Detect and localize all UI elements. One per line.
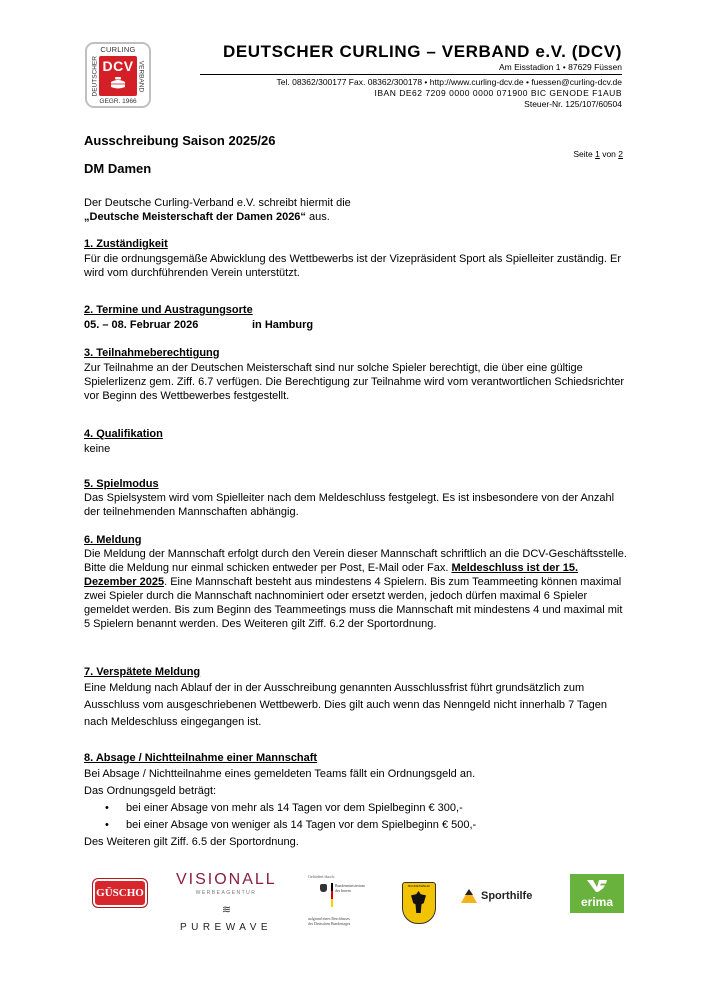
withdrawal-line-2: Das Ordnungsgeld beträgt: bbox=[84, 783, 629, 800]
intro-line-1: Der Deutsche Curling-Verband e.V. schrei… bbox=[84, 196, 629, 210]
logo-left-text: DEUTSCHER bbox=[92, 57, 99, 97]
document-subtitle: DM Damen bbox=[84, 161, 151, 176]
section-text: Das Spielsystem wird vom Spielleiter nac… bbox=[84, 491, 629, 519]
section-registration: 6. Meldung Die Meldung der Mannschaft er… bbox=[84, 533, 629, 631]
withdrawal-closing: Des Weiteren gilt Ziff. 6.5 der Sportord… bbox=[84, 834, 629, 851]
sponsor-bmi-logo: Gefördert durch: Bundesministeriumdes In… bbox=[308, 874, 378, 934]
wave-icon: ≋ bbox=[176, 905, 276, 916]
bmi-ministry-line-2: des Innern bbox=[335, 889, 365, 894]
document-title: Ausschreibung Saison 2025/26 bbox=[84, 133, 275, 148]
section-heading: 3. Teilnahmeberechtigung bbox=[84, 346, 629, 361]
section-text: Zur Teilnahme an der Deutschen Meistersc… bbox=[84, 361, 629, 403]
section-heading: 6. Meldung bbox=[84, 533, 629, 547]
section-text: Die Meldung der Mannschaft erfolgt durch… bbox=[84, 547, 629, 631]
sponsor-guscho-logo: GÜSCHO bbox=[92, 878, 148, 908]
fee-item: bei einer Absage von mehr als 14 Tagen v… bbox=[84, 800, 629, 817]
logo-badge: DCV bbox=[99, 56, 137, 96]
page-middle: von bbox=[600, 149, 618, 159]
bmi-ministry: Bundesministeriumdes Innern bbox=[335, 884, 365, 894]
bmi-resolution: aufgrund eines Beschlussesdes Deutschen … bbox=[308, 917, 350, 927]
registration-text-after: . Eine Mannschaft besteht aus mindestens… bbox=[84, 576, 622, 630]
organization-tax-number: Steuer-Nr. 125/107/60504 bbox=[524, 99, 622, 109]
section-late-registration: 7. Verspätete Meldung Eine Meldung nach … bbox=[84, 665, 629, 731]
header-divider bbox=[200, 74, 622, 75]
fee-list: bei einer Absage von mehr als 14 Tagen v… bbox=[84, 800, 629, 834]
sponsor-erima-logo: erima bbox=[570, 874, 624, 913]
section-eligibility: 3. Teilnahmeberechtigung Zur Teilnahme a… bbox=[84, 346, 629, 403]
withdrawal-line-1: Bei Absage / Nichtteilnahme eines gemeld… bbox=[84, 766, 629, 783]
sponsor-sporthilfe-logo: Sporthilfe bbox=[461, 885, 532, 907]
organization-bank: IBAN DE62 7209 0000 0000 071900 BIC GENO… bbox=[375, 88, 623, 98]
dcv-logo: CURLING DEUTSCHER VERBAND DCV GEGR. 1966 bbox=[85, 42, 151, 108]
intro-line-2: „Deutsche Meisterschaft der Damen 2026“ … bbox=[84, 210, 629, 224]
event-location: in Hamburg bbox=[252, 319, 313, 331]
page-indicator: Seite 1 von 2 bbox=[573, 149, 623, 159]
section-dates-venues: 2. Termine und Austragungsorte 05. – 08.… bbox=[84, 303, 629, 333]
federal-eagle-icon bbox=[320, 884, 327, 892]
guscho-text: GÜSCHO bbox=[93, 879, 147, 907]
fee-item: bei einer Absage von weniger als 14 Tage… bbox=[84, 817, 629, 834]
visionall-subtext: WERBEAGENTUR bbox=[176, 889, 276, 897]
section-withdrawal: 8. Absage / Nichtteilnahme einer Mannsch… bbox=[84, 751, 629, 851]
section-heading: 2. Termine und Austragungsorte bbox=[84, 303, 629, 318]
section-text: Für die ordnungsgemäße Abwicklung des We… bbox=[84, 252, 629, 280]
sponsor-bundeswehr-logo: BUNDESWEHR bbox=[402, 882, 436, 924]
bmi-funded-by: Gefördert durch: bbox=[308, 874, 335, 879]
section-text: Eine Meldung nach Ablauf der in der Auss… bbox=[84, 680, 629, 731]
organization-contact: Tel. 08362/300177 Fax. 08362/300178 • ht… bbox=[277, 77, 623, 87]
section-heading: 8. Absage / Nichtteilnahme einer Mannsch… bbox=[84, 751, 629, 766]
section-text: keine bbox=[84, 442, 629, 456]
championship-name: „Deutsche Meisterschaft der Damen 2026“ bbox=[84, 211, 306, 223]
logo-founded-text: GEGR. 1966 bbox=[87, 98, 149, 105]
visionall-text: VISIONALL bbox=[176, 871, 276, 889]
erima-text: erima bbox=[570, 895, 624, 909]
event-dates: 05. – 08. Februar 2026 bbox=[84, 318, 252, 333]
section-game-mode: 5. Spielmodus Das Spielsystem wird vom S… bbox=[84, 477, 629, 519]
intro: Der Deutsche Curling-Verband e.V. schrei… bbox=[84, 196, 629, 224]
purewave-text: PUREWAVE bbox=[176, 920, 276, 936]
logo-top-text: CURLING bbox=[87, 45, 149, 54]
eagle-icon bbox=[411, 891, 426, 913]
german-flag-bar bbox=[331, 883, 333, 907]
erima-wing-icon bbox=[587, 880, 607, 892]
bundeswehr-text: BUNDESWEHR bbox=[403, 884, 435, 888]
organization-name: DEUTSCHER CURLING – VERBAND e.V. (DCV) bbox=[223, 42, 622, 62]
sporthilfe-text: Sporthilfe bbox=[481, 890, 532, 902]
section-heading: 7. Verspätete Meldung bbox=[84, 665, 629, 680]
section-heading: 5. Spielmodus bbox=[84, 477, 629, 491]
page-prefix: Seite bbox=[573, 149, 595, 159]
logo-right-text: VERBAND bbox=[138, 57, 145, 97]
section-qualification: 4. Qualifikation keine bbox=[84, 427, 629, 456]
curling-stone-icon bbox=[110, 77, 126, 89]
organization-address: Am Eisstadion 1 • 87629 Füssen bbox=[499, 62, 622, 72]
event-dates-row: 05. – 08. Februar 2026in Hamburg bbox=[84, 318, 629, 333]
section-heading: 1. Zuständigkeit bbox=[84, 237, 629, 252]
page-total: 2 bbox=[618, 149, 623, 159]
sponsor-purewave-logo: ≋ PUREWAVE bbox=[176, 905, 276, 936]
section-responsibility: 1. Zuständigkeit Für die ordnungsgemäße … bbox=[84, 237, 629, 280]
sponsor-visionall-logo: VISIONALL WERBEAGENTUR bbox=[176, 871, 276, 897]
intro-line-2-rest: aus. bbox=[306, 211, 330, 223]
logo-dcv-text: DCV bbox=[99, 58, 137, 74]
bmi-resolution-line-2: des Deutschen Bundestages bbox=[308, 922, 350, 927]
section-heading: 4. Qualifikation bbox=[84, 427, 629, 442]
sporthilfe-triangle-icon bbox=[461, 889, 477, 903]
